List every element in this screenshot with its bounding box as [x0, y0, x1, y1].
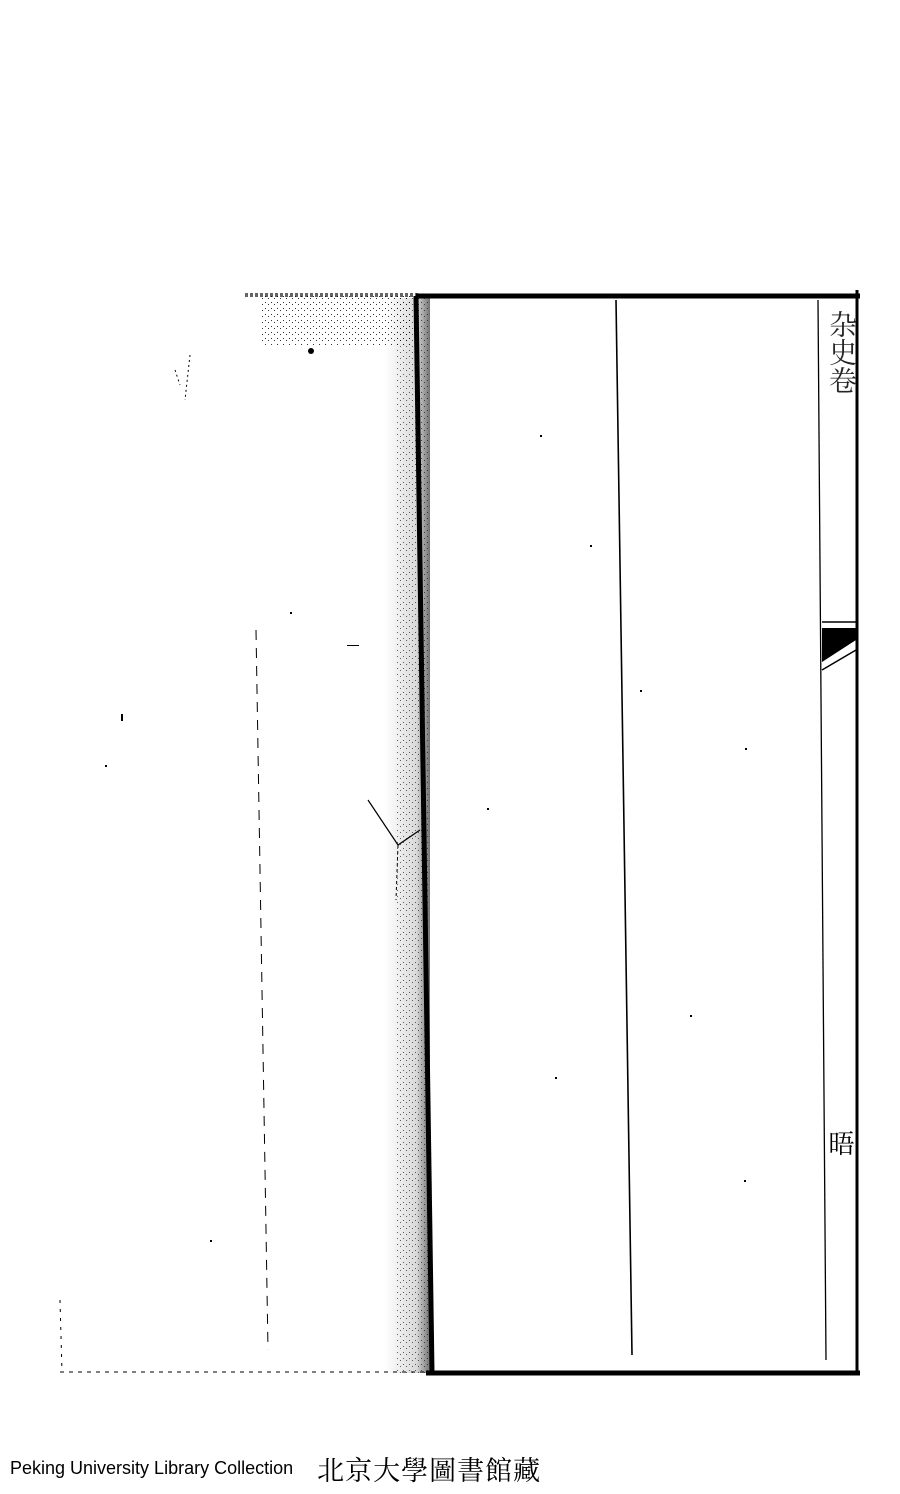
- left-leaf: [60, 295, 430, 1372]
- margin-lower-mark: 晤: [832, 1130, 858, 1156]
- collection-label-en: Peking University Library Collection: [10, 1458, 293, 1479]
- scanned-page: 杂史卷 晤 Peking University Library Collecti…: [0, 0, 900, 1494]
- page-scan-image: [0, 0, 900, 1440]
- fishtail-mark: [822, 622, 856, 670]
- page-frame: [416, 290, 860, 1373]
- collection-footer: Peking University Library Collection 北京大…: [10, 1448, 541, 1488]
- collection-label-zh: 北京大學圖書館藏: [317, 1449, 541, 1488]
- margin-title-fragment: 杂史卷: [826, 310, 856, 394]
